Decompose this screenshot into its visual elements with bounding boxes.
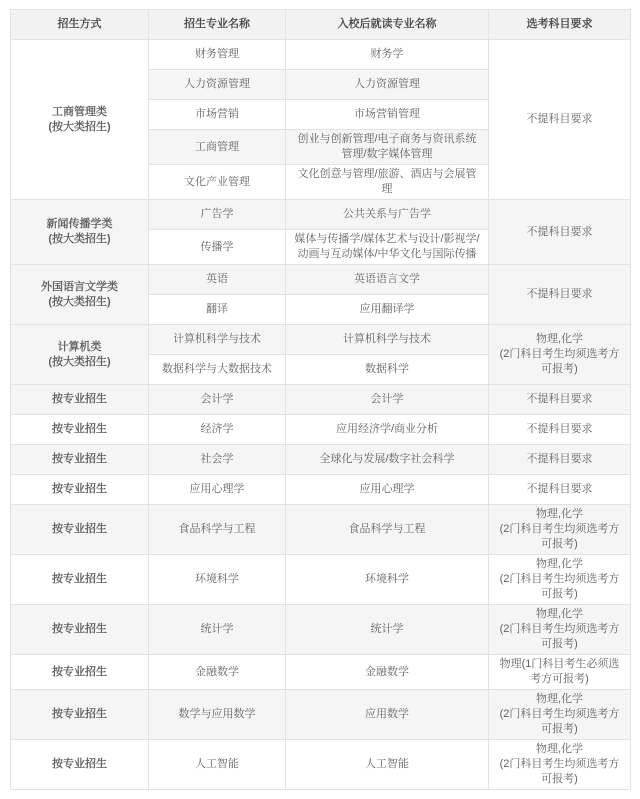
study-major-cell: 应用翻译学 [286,295,489,325]
method-cell: 按专业招生 [11,555,149,605]
table-row: 新闻传播学类 (按大类招生) 广告学 公共关系与广告学 不提科目要求 [11,200,631,230]
method-cell: 按专业招生 [11,385,149,415]
major-cell: 英语 [149,265,286,295]
method-cell: 按专业招生 [11,475,149,505]
requirement-cell: 不提科目要求 [489,200,631,265]
major-cell: 会计学 [149,385,286,415]
admissions-table: 招生方式 招生专业名称 入校后就读专业名称 选考科目要求 工商管理类 (按大类招… [10,9,631,790]
major-cell: 工商管理 [149,130,286,165]
method-cell: 按专业招生 [11,655,149,690]
major-cell: 经济学 [149,415,286,445]
major-cell: 人工智能 [149,740,286,790]
requirement-cell: 物理,化学 (2门科目考生均须选考方可报考) [489,325,631,385]
study-major-cell: 食品科学与工程 [286,505,489,555]
study-major-cell: 文化创意与管理/旅游、酒店与会展管理 [286,165,489,200]
table-row: 按专业招生 社会学 全球化与发展/数字社会科学 不提科目要求 [11,445,631,475]
method-cell: 按专业招生 [11,415,149,445]
study-major-cell: 英语语言文学 [286,265,489,295]
method-cell: 计算机类 (按大类招生) [11,325,149,385]
major-cell: 人力资源管理 [149,70,286,100]
study-major-cell: 环境科学 [286,555,489,605]
table-row: 按专业招生 经济学 应用经济学/商业分析 不提科目要求 [11,415,631,445]
requirement-cell: 不提科目要求 [489,445,631,475]
study-major-cell: 计算机科学与技术 [286,325,489,355]
table-row: 按专业招生 数学与应用数学 应用数学 物理,化学 (2门科目考生均须选考方可报考… [11,690,631,740]
study-major-cell: 人工智能 [286,740,489,790]
study-major-cell: 应用数学 [286,690,489,740]
method-cell: 新闻传播学类 (按大类招生) [11,200,149,265]
major-cell: 应用心理学 [149,475,286,505]
admissions-table-container: 招生方式 招生专业名称 入校后就读专业名称 选考科目要求 工商管理类 (按大类招… [10,9,630,790]
requirement-cell: 物理,化学 (2门科目考生均须选考方可报考) [489,740,631,790]
study-major-cell: 媒体与传播学/媒体艺术与设计/影视学/动画与互动媒体/中华文化与国际传播 [286,230,489,265]
study-major-cell: 应用经济学/商业分析 [286,415,489,445]
major-cell: 环境科学 [149,555,286,605]
major-cell: 数据科学与大数据技术 [149,355,286,385]
method-cell: 按专业招生 [11,505,149,555]
major-cell: 传播学 [149,230,286,265]
table-row: 按专业招生 人工智能 人工智能 物理,化学 (2门科目考生均须选考方可报考) [11,740,631,790]
table-row: 按专业招生 会计学 会计学 不提科目要求 [11,385,631,415]
table-row: 按专业招生 应用心理学 应用心理学 不提科目要求 [11,475,631,505]
study-major-cell: 公共关系与广告学 [286,200,489,230]
requirement-cell: 不提科目要求 [489,265,631,325]
major-cell: 计算机科学与技术 [149,325,286,355]
major-cell: 广告学 [149,200,286,230]
method-cell: 按专业招生 [11,740,149,790]
requirement-cell: 不提科目要求 [489,40,631,200]
study-major-cell: 会计学 [286,385,489,415]
requirement-cell: 不提科目要求 [489,385,631,415]
study-major-cell: 全球化与发展/数字社会科学 [286,445,489,475]
major-cell: 社会学 [149,445,286,475]
major-cell: 财务管理 [149,40,286,70]
method-cell: 按专业招生 [11,605,149,655]
requirement-cell: 物理,化学 (2门科目考生均须选考方可报考) [489,555,631,605]
method-cell: 外国语言文学类 (按大类招生) [11,265,149,325]
method-cell: 按专业招生 [11,445,149,475]
col-header-major: 招生专业名称 [149,10,286,40]
table-row: 按专业招生 统计学 统计学 物理,化学 (2门科目考生均须选考方可报考) [11,605,631,655]
table-row: 按专业招生 金融数学 金融数学 物理(1门科目考生必须选考方可报考) [11,655,631,690]
study-major-cell: 统计学 [286,605,489,655]
study-major-cell: 财务学 [286,40,489,70]
method-cell: 工商管理类 (按大类招生) [11,40,149,200]
col-header-study-major: 入校后就读专业名称 [286,10,489,40]
major-cell: 数学与应用数学 [149,690,286,740]
table-row: 工商管理类 (按大类招生) 财务管理 财务学 不提科目要求 [11,40,631,70]
requirement-cell: 物理,化学 (2门科目考生均须选考方可报考) [489,690,631,740]
major-cell: 食品科学与工程 [149,505,286,555]
study-major-cell: 市场营销管理 [286,100,489,130]
table-row: 按专业招生 食品科学与工程 食品科学与工程 物理,化学 (2门科目考生均须选考方… [11,505,631,555]
table-row: 按专业招生 环境科学 环境科学 物理,化学 (2门科目考生均须选考方可报考) [11,555,631,605]
study-major-cell: 人力资源管理 [286,70,489,100]
major-cell: 统计学 [149,605,286,655]
major-cell: 市场营销 [149,100,286,130]
requirement-cell: 物理,化学 (2门科目考生均须选考方可报考) [489,505,631,555]
requirement-cell: 物理,化学 (2门科目考生均须选考方可报考) [489,605,631,655]
major-cell: 文化产业管理 [149,165,286,200]
major-cell: 金融数学 [149,655,286,690]
study-major-cell: 数据科学 [286,355,489,385]
method-cell: 按专业招生 [11,690,149,740]
requirement-cell: 物理(1门科目考生必须选考方可报考) [489,655,631,690]
header-row: 招生方式 招生专业名称 入校后就读专业名称 选考科目要求 [11,10,631,40]
study-major-cell: 金融数学 [286,655,489,690]
requirement-cell: 不提科目要求 [489,475,631,505]
table-row: 计算机类 (按大类招生) 计算机科学与技术 计算机科学与技术 物理,化学 (2门… [11,325,631,355]
major-cell: 翻译 [149,295,286,325]
requirement-cell: 不提科目要求 [489,415,631,445]
study-major-cell: 应用心理学 [286,475,489,505]
study-major-cell: 创业与创新管理/电子商务与资讯系统管理/数字媒体管理 [286,130,489,165]
col-header-requirement: 选考科目要求 [489,10,631,40]
col-header-method: 招生方式 [11,10,149,40]
table-row: 外国语言文学类 (按大类招生) 英语 英语语言文学 不提科目要求 [11,265,631,295]
